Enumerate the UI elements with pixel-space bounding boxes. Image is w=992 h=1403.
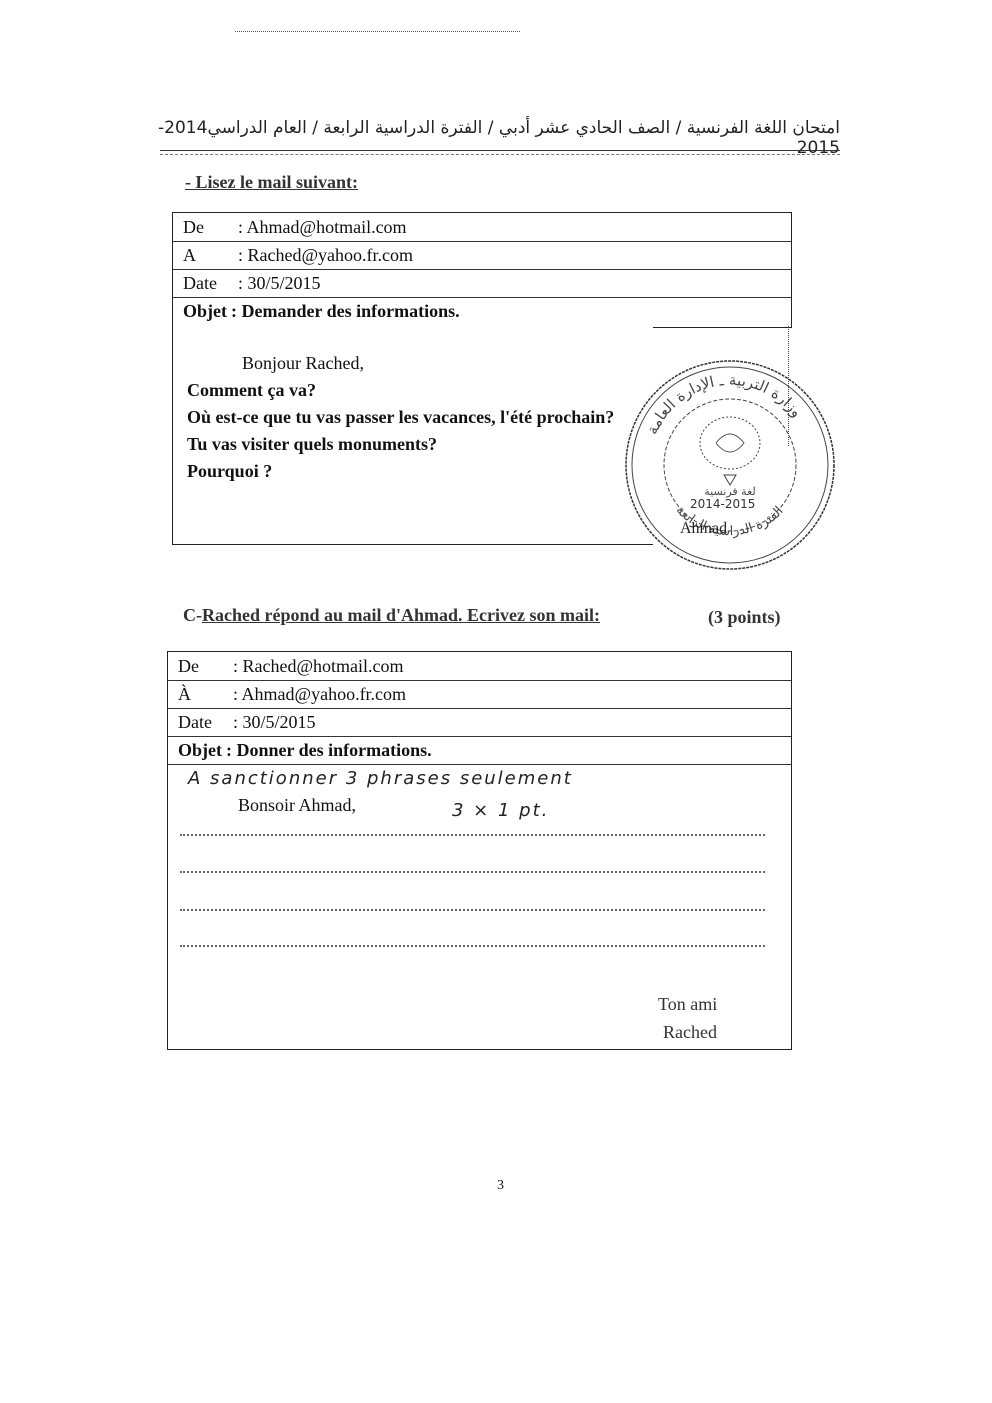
mail-from-row: De : Rached@hotmail.com [168, 652, 791, 681]
mail-date-row: Date : 30/5/2015 [173, 269, 791, 298]
page-number: 3 [497, 1178, 504, 1194]
reading-instruction: - Lisez le mail suivant: [185, 172, 358, 193]
date-value: : 30/5/2015 [233, 708, 316, 736]
mail-subject-row: Objet : Donner des informations. [168, 736, 791, 765]
mail-line: Pourquoi ? [187, 458, 614, 485]
from-value: : Rached@hotmail.com [233, 652, 404, 680]
subject-value: : Donner des informations. [226, 736, 432, 764]
mail-body-text: Bonjour Rached, Comment ça va? Où est-ce… [187, 350, 614, 485]
answer-line[interactable] [180, 909, 765, 911]
points-label: (3 points) [708, 607, 781, 628]
mail-to-row: A : Rached@yahoo.fr.com [173, 241, 791, 270]
stamp-year: 2014-2015 [690, 497, 755, 511]
writing-task-title: C-Rached répond au mail d'Ahmad. Ecrivez… [183, 605, 600, 626]
answer-line[interactable] [180, 834, 765, 836]
answer-line[interactable] [180, 945, 765, 947]
mail-line: Tu vas visiter quels monuments? [187, 431, 614, 458]
to-label: À [178, 680, 191, 708]
subject-label: Objet [183, 297, 227, 325]
from-label: De [178, 652, 199, 680]
to-value: : Rached@yahoo.fr.com [238, 241, 413, 269]
reading-mail-header: De : Ahmad@hotmail.com A : Rached@yahoo.… [172, 212, 792, 328]
mail-line: Comment ça va? [187, 377, 614, 404]
reading-mail-body: Bonjour Rached, Comment ça va? Où est-ce… [172, 326, 653, 545]
handwritten-grading-note: A sanctionner 3 phrases seulement [188, 768, 573, 789]
subject-value: : Demander des informations. [231, 297, 460, 325]
header-divider [160, 150, 840, 151]
to-label: A [183, 241, 196, 269]
stamp-seal-icon: وزارة التربية ـ الإدارة العامة الفترة ال… [620, 355, 840, 575]
mail-date-row: Date : 30/5/2015 [168, 708, 791, 737]
official-stamp: وزارة التربية ـ الإدارة العامة الفترة ال… [620, 355, 840, 575]
exam-header: امتحان اللغة الفرنسية / الصف الحادي عشر … [150, 118, 840, 158]
subject-label: Objet [178, 736, 222, 764]
stamp-signature: Ahmad [680, 520, 727, 538]
mail-line: Où est-ce que tu vas passer les vacances… [187, 404, 614, 431]
to-value: : Ahmad@yahoo.fr.com [233, 680, 406, 708]
mail-from-row: De : Ahmad@hotmail.com [173, 213, 791, 242]
answer-line[interactable] [180, 871, 765, 873]
handwritten-score-note: 3 × 1 pt. [452, 800, 549, 821]
date-value: : 30/5/2015 [238, 269, 321, 297]
svg-text:وزارة التربية ـ الإدارة العامة: وزارة التربية ـ الإدارة العامة [643, 371, 806, 437]
mail-subject-row: Objet : Demander des informations. [173, 297, 791, 327]
from-label: De [183, 213, 204, 241]
mail-greeting: Bonjour Rached, [187, 350, 614, 377]
mail-to-row: À : Ahmad@yahoo.fr.com [168, 680, 791, 709]
closing-line: Ton ami [658, 994, 717, 1015]
reply-greeting: Bonsoir Ahmad, [238, 792, 356, 819]
date-label: Date [178, 708, 212, 736]
date-label: Date [183, 269, 217, 297]
closing-signature: Rached [663, 1022, 717, 1043]
from-value: : Ahmad@hotmail.com [238, 213, 407, 241]
writing-mail: De : Rached@hotmail.com À : Ahmad@yahoo.… [167, 651, 792, 1050]
header-divider-dashed [160, 154, 840, 155]
scan-artifact-line [235, 31, 520, 32]
